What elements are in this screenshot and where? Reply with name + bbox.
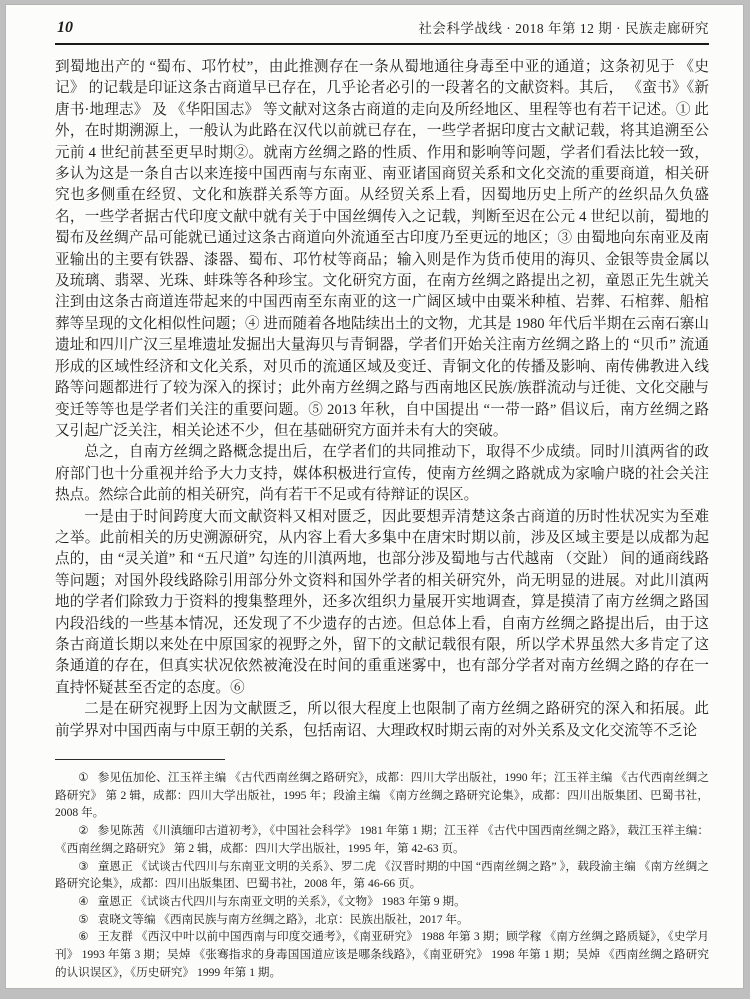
header-rule: [55, 43, 709, 45]
footnote-item: ⑥王友群 《西汉中叶以前中国西南与印度交通考》，《南亚研究》 1988 年第 3…: [55, 928, 709, 981]
footnote-marker: ⑥: [78, 930, 89, 943]
footnote-item: ①参见伍加伦、江玉祥主编 《古代西南丝绸之路研究》，成都：四川大学出版社，199…: [55, 769, 709, 822]
footnote-item: ②参见陈茜 《川滇缅印古道初考》，《中国社会科学》 1981 年第 1 期；江玉…: [55, 822, 709, 857]
body-paragraph: 到蜀地出产的 “蜀布、邛竹杖”，由此推测存在一条从蜀地通往身毒至中亚的通道；这条…: [55, 57, 709, 442]
body-paragraph: 二是在研究视野上因为文献匮乏，所以很大程度上也限制了南方丝绸之路研究的深入和拓展…: [55, 699, 709, 742]
scanned-paper-page: 10 社会科学战线 · 2018 年第 12 期 · 民族走廊研究 到蜀地出产的…: [5, 4, 744, 989]
footnote-marker: ①: [78, 771, 89, 784]
body-paragraphs: 到蜀地出产的 “蜀布、邛竹杖”，由此推测存在一条从蜀地通往身毒至中亚的通道；这条…: [55, 57, 709, 742]
footnote-marker: ④: [78, 895, 88, 908]
footnote-marker: ⑤: [78, 913, 88, 926]
footnote-marker: ③: [78, 860, 89, 873]
footnote-marker: ②: [78, 824, 88, 837]
body-paragraph: 一是由于时间跨度大而文献资料又相对匮乏，因此要想弄清楚这条古商道的历时性状况实为…: [55, 507, 709, 700]
footnotes-list: ①参见伍加伦、江玉祥主编 《古代西南丝绸之路研究》，成都：四川大学出版社，199…: [55, 769, 709, 981]
footnote-item: ⑤袁晓文等编 《西南民族与南方丝绸之路》，北京：民族出版社，2017 年。: [55, 911, 709, 929]
page-header: 10 社会科学战线 · 2018 年第 12 期 · 民族走廊研究: [55, 17, 709, 37]
footnote-item: ④童恩正 《试谈古代四川与东南亚文明的关系》，《文物》 1983 年第 9 期。: [55, 893, 709, 911]
body-paragraph: 总之，自南方丝绸之路概念提出后，在学者们的共同推动下，取得不少成绩。同时川滇两省…: [55, 442, 709, 506]
page-number: 10: [55, 19, 73, 37]
journal-header-line: 社会科学战线 · 2018 年第 12 期 · 民族走廊研究: [418, 17, 709, 37]
footnote-separator: [55, 759, 225, 760]
footnote-item: ③童恩正 《试谈古代四川与东南亚文明的关系》、罗二虎 《汉晋时期的中国 “西南丝…: [55, 858, 709, 893]
